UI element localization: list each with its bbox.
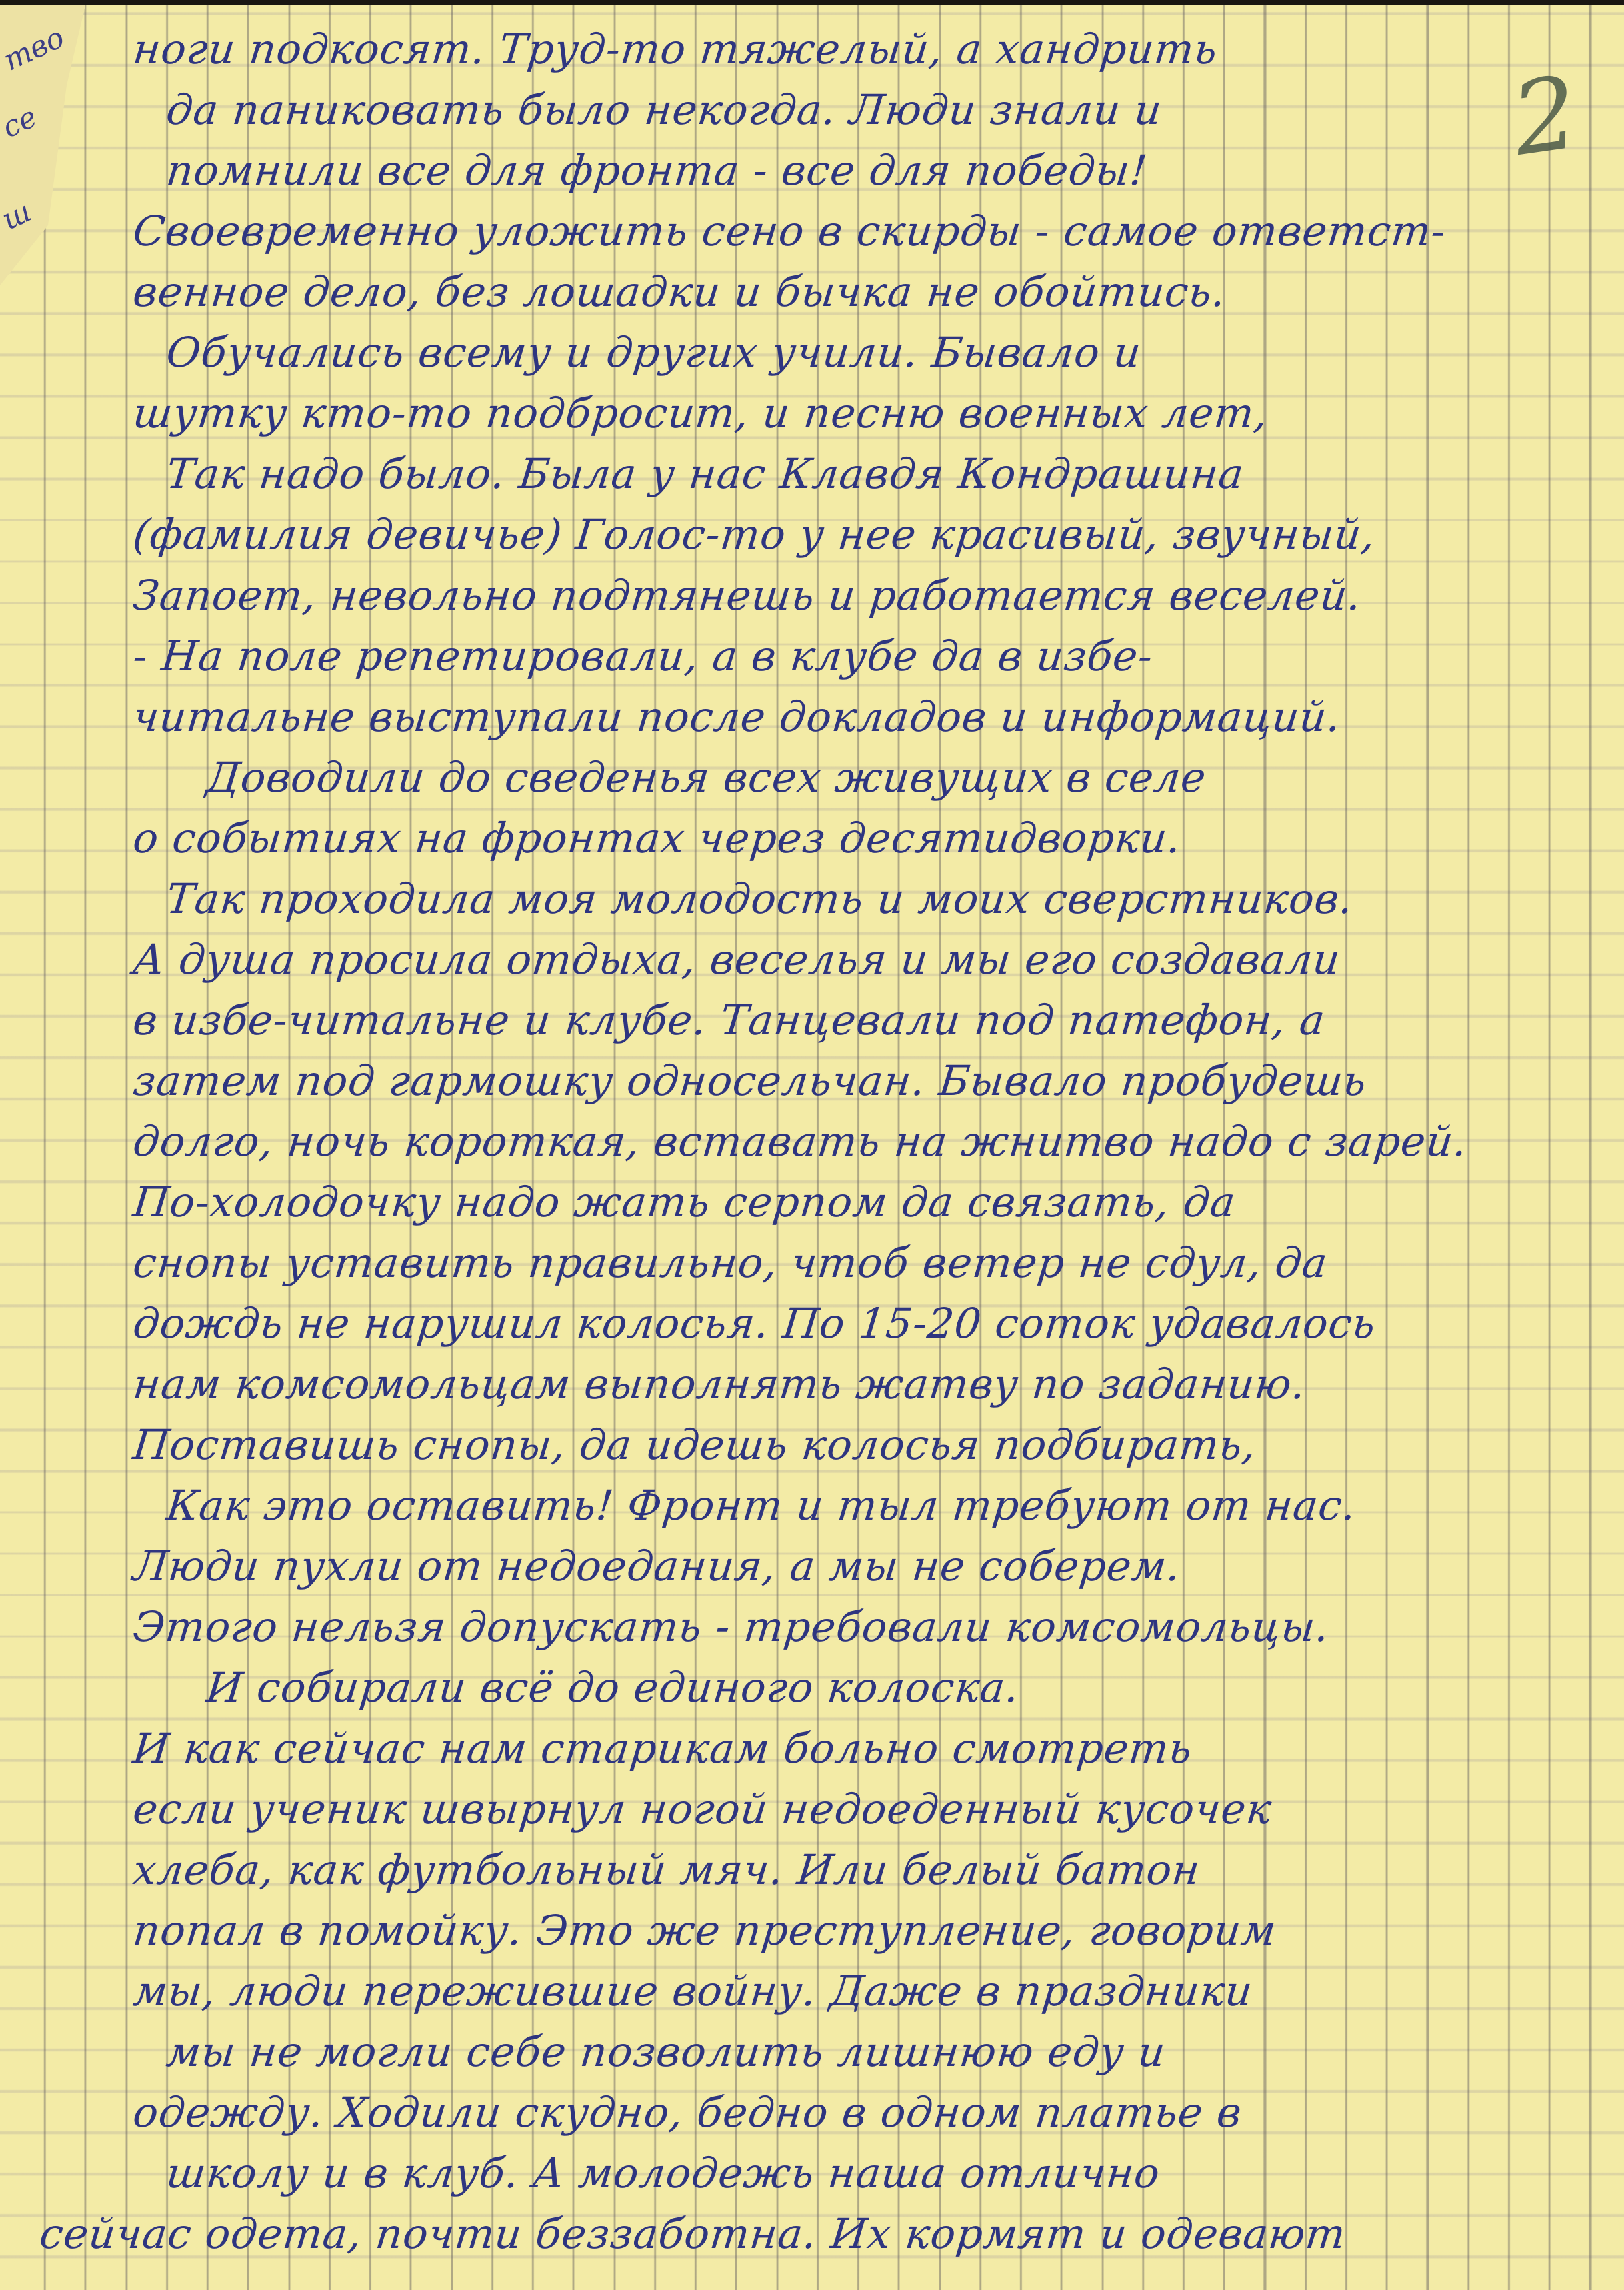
- text-line: в избе-читальне и клубе. Танцевали под п…: [130, 990, 1603, 1050]
- text-line: - На поле репетировали, а в клубе да в и…: [130, 626, 1603, 686]
- text-line: шутку кто-то подбросит, и песню военных …: [130, 383, 1603, 443]
- margin-fragment-text: ш: [0, 195, 37, 237]
- text-line: ноги подкосят. Труд-то тяжелый, а хандри…: [130, 19, 1603, 79]
- text-line: о событиях на фронтах через десятидворки…: [130, 808, 1603, 868]
- text-line: сейчас одета, почти беззаботна. Их кормя…: [37, 2203, 1603, 2264]
- text-line: дождь не нарушил колосья. По 15-20 соток…: [130, 1293, 1603, 1354]
- text-line: школу и в клуб. А молодежь наша отлично: [130, 2143, 1603, 2203]
- text-line: А душа просила отдыха, веселья и мы его …: [130, 929, 1603, 990]
- text-line: И как сейчас нам старикам больно смотрет…: [130, 1718, 1603, 1779]
- text-line: Запоет, невольно подтянешь и работается …: [130, 565, 1603, 626]
- text-line: попал в помойку. Это же преступление, го…: [130, 1900, 1603, 1961]
- text-line: Так надо было. Была у нас Клавдя Кондраш…: [130, 443, 1603, 504]
- text-line: Как это оставить! Фронт и тыл требуют от…: [130, 1475, 1603, 1536]
- text-line: хлеба, как футбольный мяч. Или белый бат…: [130, 1839, 1603, 1900]
- text-line: затем под гармошку односельчан. Бывало п…: [130, 1050, 1603, 1111]
- margin-fragment-text: тво: [0, 21, 69, 78]
- text-line: долго, ночь короткая, вставать на жнитво…: [130, 1111, 1603, 1172]
- text-line: если ученик швырнул ногой недоеденный ку…: [130, 1779, 1603, 1839]
- text-line: венное дело, без лошадки и бычка не обой…: [130, 261, 1603, 322]
- text-line: И собирали всё до единого колоска.: [130, 1657, 1603, 1718]
- document-page: тво се ш 2 ноги подкосят. Труд-то тяжелы…: [0, 0, 1624, 2290]
- text-line: Своевременно уложить сено в скирды - сам…: [130, 201, 1603, 261]
- text-line: снопы уставить правильно, чтоб ветер не …: [130, 1232, 1603, 1293]
- margin-fragment-text: се: [0, 100, 42, 145]
- text-line: мы, люди пережившие войну. Даже в праздн…: [130, 1961, 1603, 2021]
- text-line: Так проходила моя молодость и моих сверс…: [130, 868, 1603, 929]
- text-line: Люди пухли от недоедания, а мы не собере…: [130, 1536, 1603, 1596]
- text-line: одежду. Ходили скудно, бедно в одном пла…: [130, 2082, 1603, 2143]
- text-line: нам комсомольцам выполнять жатву по зада…: [130, 1354, 1603, 1414]
- text-line: Поставишь снопы, да идешь колосья подбир…: [130, 1414, 1603, 1475]
- text-line: (фамилия девичье) Голос-то у нее красивы…: [130, 504, 1603, 565]
- text-line: Обучались всему и других учили. Бывало и: [130, 322, 1603, 383]
- handwritten-text-body: ноги подкосят. Труд-то тяжелый, а хандри…: [133, 19, 1600, 2264]
- text-line: мы не могли себе позволить лишнюю еду и: [130, 2021, 1603, 2082]
- text-line: помнили все для фронта - все для победы!: [130, 140, 1603, 201]
- text-line: да паниковать было некогда. Люди знали и: [130, 79, 1603, 140]
- text-line: Доводили до сведенья всех живущих в селе: [130, 747, 1603, 808]
- text-line: читальне выступали после докладов и инфо…: [130, 686, 1603, 747]
- text-line: По-холодочку надо жать серпом да связать…: [130, 1172, 1603, 1232]
- previous-page-fragment: тво се ш: [0, 5, 87, 292]
- text-line: Этого нельзя допускать - требовали комсо…: [130, 1596, 1603, 1657]
